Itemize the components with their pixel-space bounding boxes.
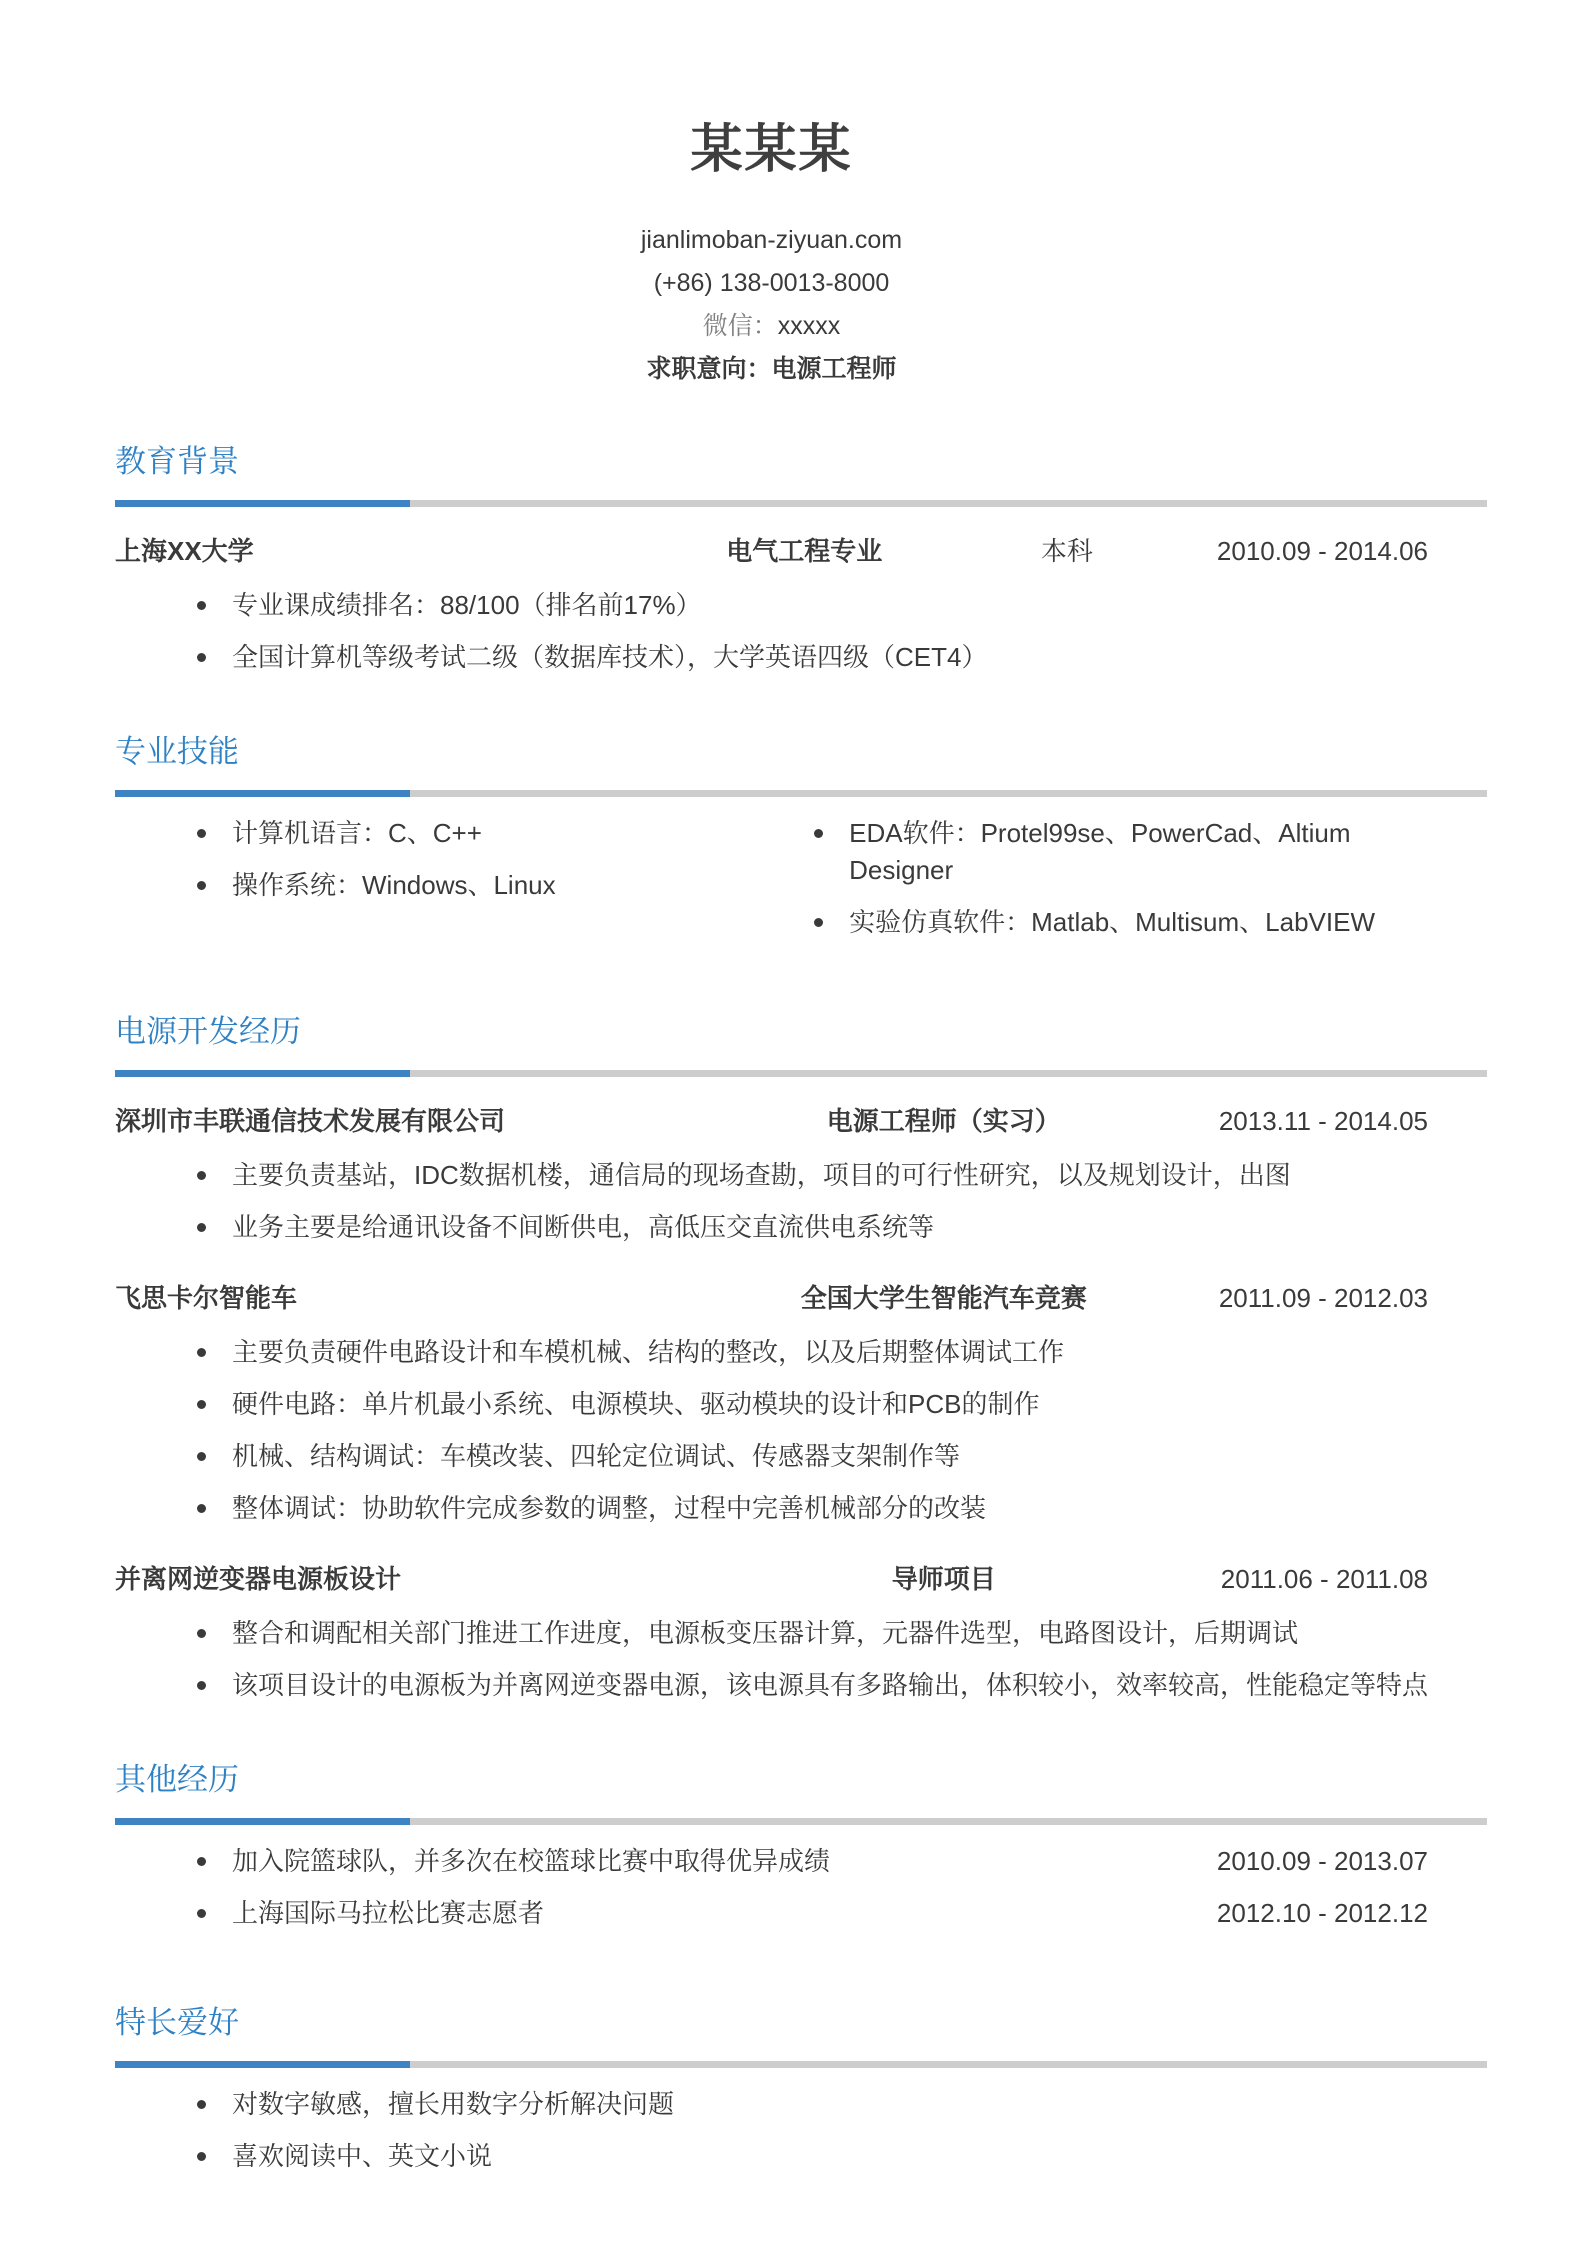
- experience-bullet-list: 主要负责硬件电路设计和车模机械、结构的整改，以及后期整体调试工作 硬件电路：单片…: [115, 1334, 1428, 1527]
- skill-item: 计算机语言：C、C++: [232, 815, 732, 852]
- bullet-item: 该项目设计的电源板为并离网逆变器电源，该电源具有多路输出，体积较小，效率较高，性…: [232, 1667, 1428, 1704]
- skills-column-left: 计算机语言：C、C++ 操作系统：Windows、Linux: [115, 815, 732, 956]
- date-range: 2011.06 - 2011.08: [1208, 1561, 1428, 1597]
- wechat-line: 微信：xxxxx: [115, 309, 1428, 343]
- project-context: 全国大学生智能汽车竞赛: [680, 1280, 1208, 1316]
- bullet-item: 喜欢阅读中、英文小说: [232, 2138, 1428, 2175]
- project-context: 导师项目: [680, 1561, 1208, 1597]
- objective-line: 求职意向：电源工程师: [115, 352, 1428, 386]
- experience-entry: 飞思卡尔智能车 全国大学生智能汽车竞赛 2011.09 - 2012.03 主要…: [115, 1280, 1428, 1527]
- major: 电气工程专业: [640, 533, 968, 569]
- bullet-item: 对数字敏感，擅长用数字分析解决问题: [232, 2086, 1428, 2123]
- divider-accent-bar: [115, 1070, 410, 1077]
- degree: 本科: [968, 533, 1165, 569]
- wechat-value: xxxxx: [778, 312, 841, 340]
- bullet-item: 机械、结构调试：车模改装、四轮定位调试、传感器支架制作等: [232, 1438, 1428, 1475]
- section-divider: [115, 1818, 1487, 1825]
- objective-value: 电源工程师: [772, 355, 897, 383]
- bullet-item: 专业课成绩排名：88/100（排名前17%）: [232, 587, 1428, 624]
- section-title-skills: 专业技能: [115, 732, 1428, 772]
- experience-entry-row: 飞思卡尔智能车 全国大学生智能汽车竞赛 2011.09 - 2012.03: [115, 1280, 1428, 1316]
- objective-label: 求职意向：: [646, 355, 771, 383]
- section-hobbies: 特长爱好 对数字敏感，擅长用数字分析解决问题 喜欢阅读中、英文小说: [115, 2003, 1428, 2175]
- skill-item: 实验仿真软件：Matlab、Multisum、LabVIEW: [849, 904, 1428, 941]
- education-entry-row: 上海XX大学 电气工程专业 本科 2010.09 - 2014.06: [115, 533, 1428, 569]
- bullet-item: 整合和调配相关部门推进工作进度，电源板变压器计算，元器件选型，电路图设计，后期调…: [232, 1615, 1428, 1652]
- date-range: 2010.09 - 2014.06: [1165, 533, 1428, 569]
- wechat-label: 微信：: [703, 312, 778, 340]
- bullet-item: 上海国际马拉松比赛志愿者: [232, 1895, 1217, 1932]
- divider-accent-bar: [115, 790, 410, 797]
- website-text: jianlimoban-ziyuan.com: [115, 223, 1428, 257]
- other-experience-row: 上海国际马拉松比赛志愿者 2012.10 - 2012.12: [115, 1895, 1428, 1947]
- skill-item: 操作系统：Windows、Linux: [232, 867, 732, 904]
- phone-number: (+86) 138-0013-8000: [115, 266, 1428, 300]
- project-name: 飞思卡尔智能车: [115, 1280, 680, 1316]
- skills-grid: 计算机语言：C、C++ 操作系统：Windows、Linux EDA软件：Pro…: [115, 797, 1428, 956]
- bullet-item: 主要负责基站，IDC数据机楼，通信局的现场查勘，项目的可行性研究，以及规划设计，…: [232, 1157, 1428, 1194]
- education-bullet-list: 专业课成绩排名：88/100（排名前17%） 全国计算机等级考试二级（数据库技术…: [115, 587, 1428, 676]
- bullet-item: 主要负责硬件电路设计和车模机械、结构的整改，以及后期整体调试工作: [232, 1334, 1428, 1371]
- section-title-other: 其他经历: [115, 1760, 1428, 1800]
- job-title: 电源工程师（实习）: [680, 1103, 1208, 1139]
- bullet-item: 硬件电路：单片机最小系统、电源模块、驱动模块的设计和PCB的制作: [232, 1386, 1428, 1423]
- divider-accent-bar: [115, 2061, 410, 2068]
- skill-item: EDA软件：Protel99se、PowerCad、Altium Designe…: [849, 815, 1428, 889]
- section-divider: [115, 500, 1487, 507]
- experience-bullet-list: 主要负责基站，IDC数据机楼，通信局的现场查勘，项目的可行性研究，以及规划设计，…: [115, 1157, 1428, 1246]
- date-range: 2010.09 - 2013.07: [1217, 1843, 1428, 1880]
- section-divider: [115, 2061, 1487, 2068]
- section-title-education: 教育背景: [115, 442, 1428, 482]
- other-experience-list: 加入院篮球队，并多次在校篮球比赛中取得优异成绩 2010.09 - 2013.0…: [115, 1843, 1428, 1947]
- section-divider: [115, 790, 1487, 797]
- experience-entry-row: 并离网逆变器电源板设计 导师项目 2011.06 - 2011.08: [115, 1561, 1428, 1597]
- section-title-hobbies: 特长爱好: [115, 2003, 1428, 2043]
- divider-accent-bar: [115, 500, 410, 507]
- section-title-experience: 电源开发经历: [115, 1012, 1428, 1052]
- section-experience: 电源开发经历 深圳市丰联通信技术发展有限公司 电源工程师（实习） 2013.11…: [115, 1012, 1428, 1704]
- project-name: 并离网逆变器电源板设计: [115, 1561, 680, 1597]
- experience-entry-row: 深圳市丰联通信技术发展有限公司 电源工程师（实习） 2013.11 - 2014…: [115, 1103, 1428, 1139]
- section-other: 其他经历 加入院篮球队，并多次在校篮球比赛中取得优异成绩 2010.09 - 2…: [115, 1760, 1428, 1947]
- date-range: 2013.11 - 2014.05: [1208, 1103, 1428, 1139]
- section-divider: [115, 1070, 1487, 1077]
- bullet-item: 全国计算机等级考试二级（数据库技术），大学英语四级（CET4）: [232, 639, 1428, 676]
- skills-column-right: EDA软件：Protel99se、PowerCad、Altium Designe…: [732, 815, 1428, 956]
- company-name: 深圳市丰联通信技术发展有限公司: [115, 1103, 680, 1139]
- experience-bullet-list: 整合和调配相关部门推进工作进度，电源板变压器计算，元器件选型，电路图设计，后期调…: [115, 1615, 1428, 1704]
- date-range: 2012.10 - 2012.12: [1217, 1895, 1428, 1932]
- section-education: 教育背景 上海XX大学 电气工程专业 本科 2010.09 - 2014.06 …: [115, 442, 1428, 676]
- experience-entry: 深圳市丰联通信技术发展有限公司 电源工程师（实习） 2013.11 - 2014…: [115, 1103, 1428, 1246]
- bullet-item: 加入院篮球队，并多次在校篮球比赛中取得优异成绩: [232, 1843, 1217, 1880]
- hobbies-bullet-list: 对数字敏感，擅长用数字分析解决问题 喜欢阅读中、英文小说: [115, 2086, 1428, 2175]
- section-skills: 专业技能 计算机语言：C、C++ 操作系统：Windows、Linux EDA软…: [115, 732, 1428, 956]
- bullet-item: 业务主要是给通讯设备不间断供电，高低压交直流供电系统等: [232, 1209, 1428, 1246]
- date-range: 2011.09 - 2012.03: [1208, 1280, 1428, 1316]
- resume-header: 某某某 jianlimoban-ziyuan.com (+86) 138-001…: [115, 118, 1428, 386]
- resume-page: 某某某 jianlimoban-ziyuan.com (+86) 138-001…: [0, 0, 1587, 2250]
- bullet-item: 整体调试：协助软件完成参数的调整，过程中完善机械部分的改装: [232, 1490, 1428, 1527]
- other-experience-row: 加入院篮球队，并多次在校篮球比赛中取得优异成绩 2010.09 - 2013.0…: [115, 1843, 1428, 1895]
- divider-accent-bar: [115, 1818, 410, 1825]
- candidate-name: 某某某: [115, 118, 1428, 183]
- experience-entry: 并离网逆变器电源板设计 导师项目 2011.06 - 2011.08 整合和调配…: [115, 1561, 1428, 1704]
- school-name: 上海XX大学: [115, 533, 640, 569]
